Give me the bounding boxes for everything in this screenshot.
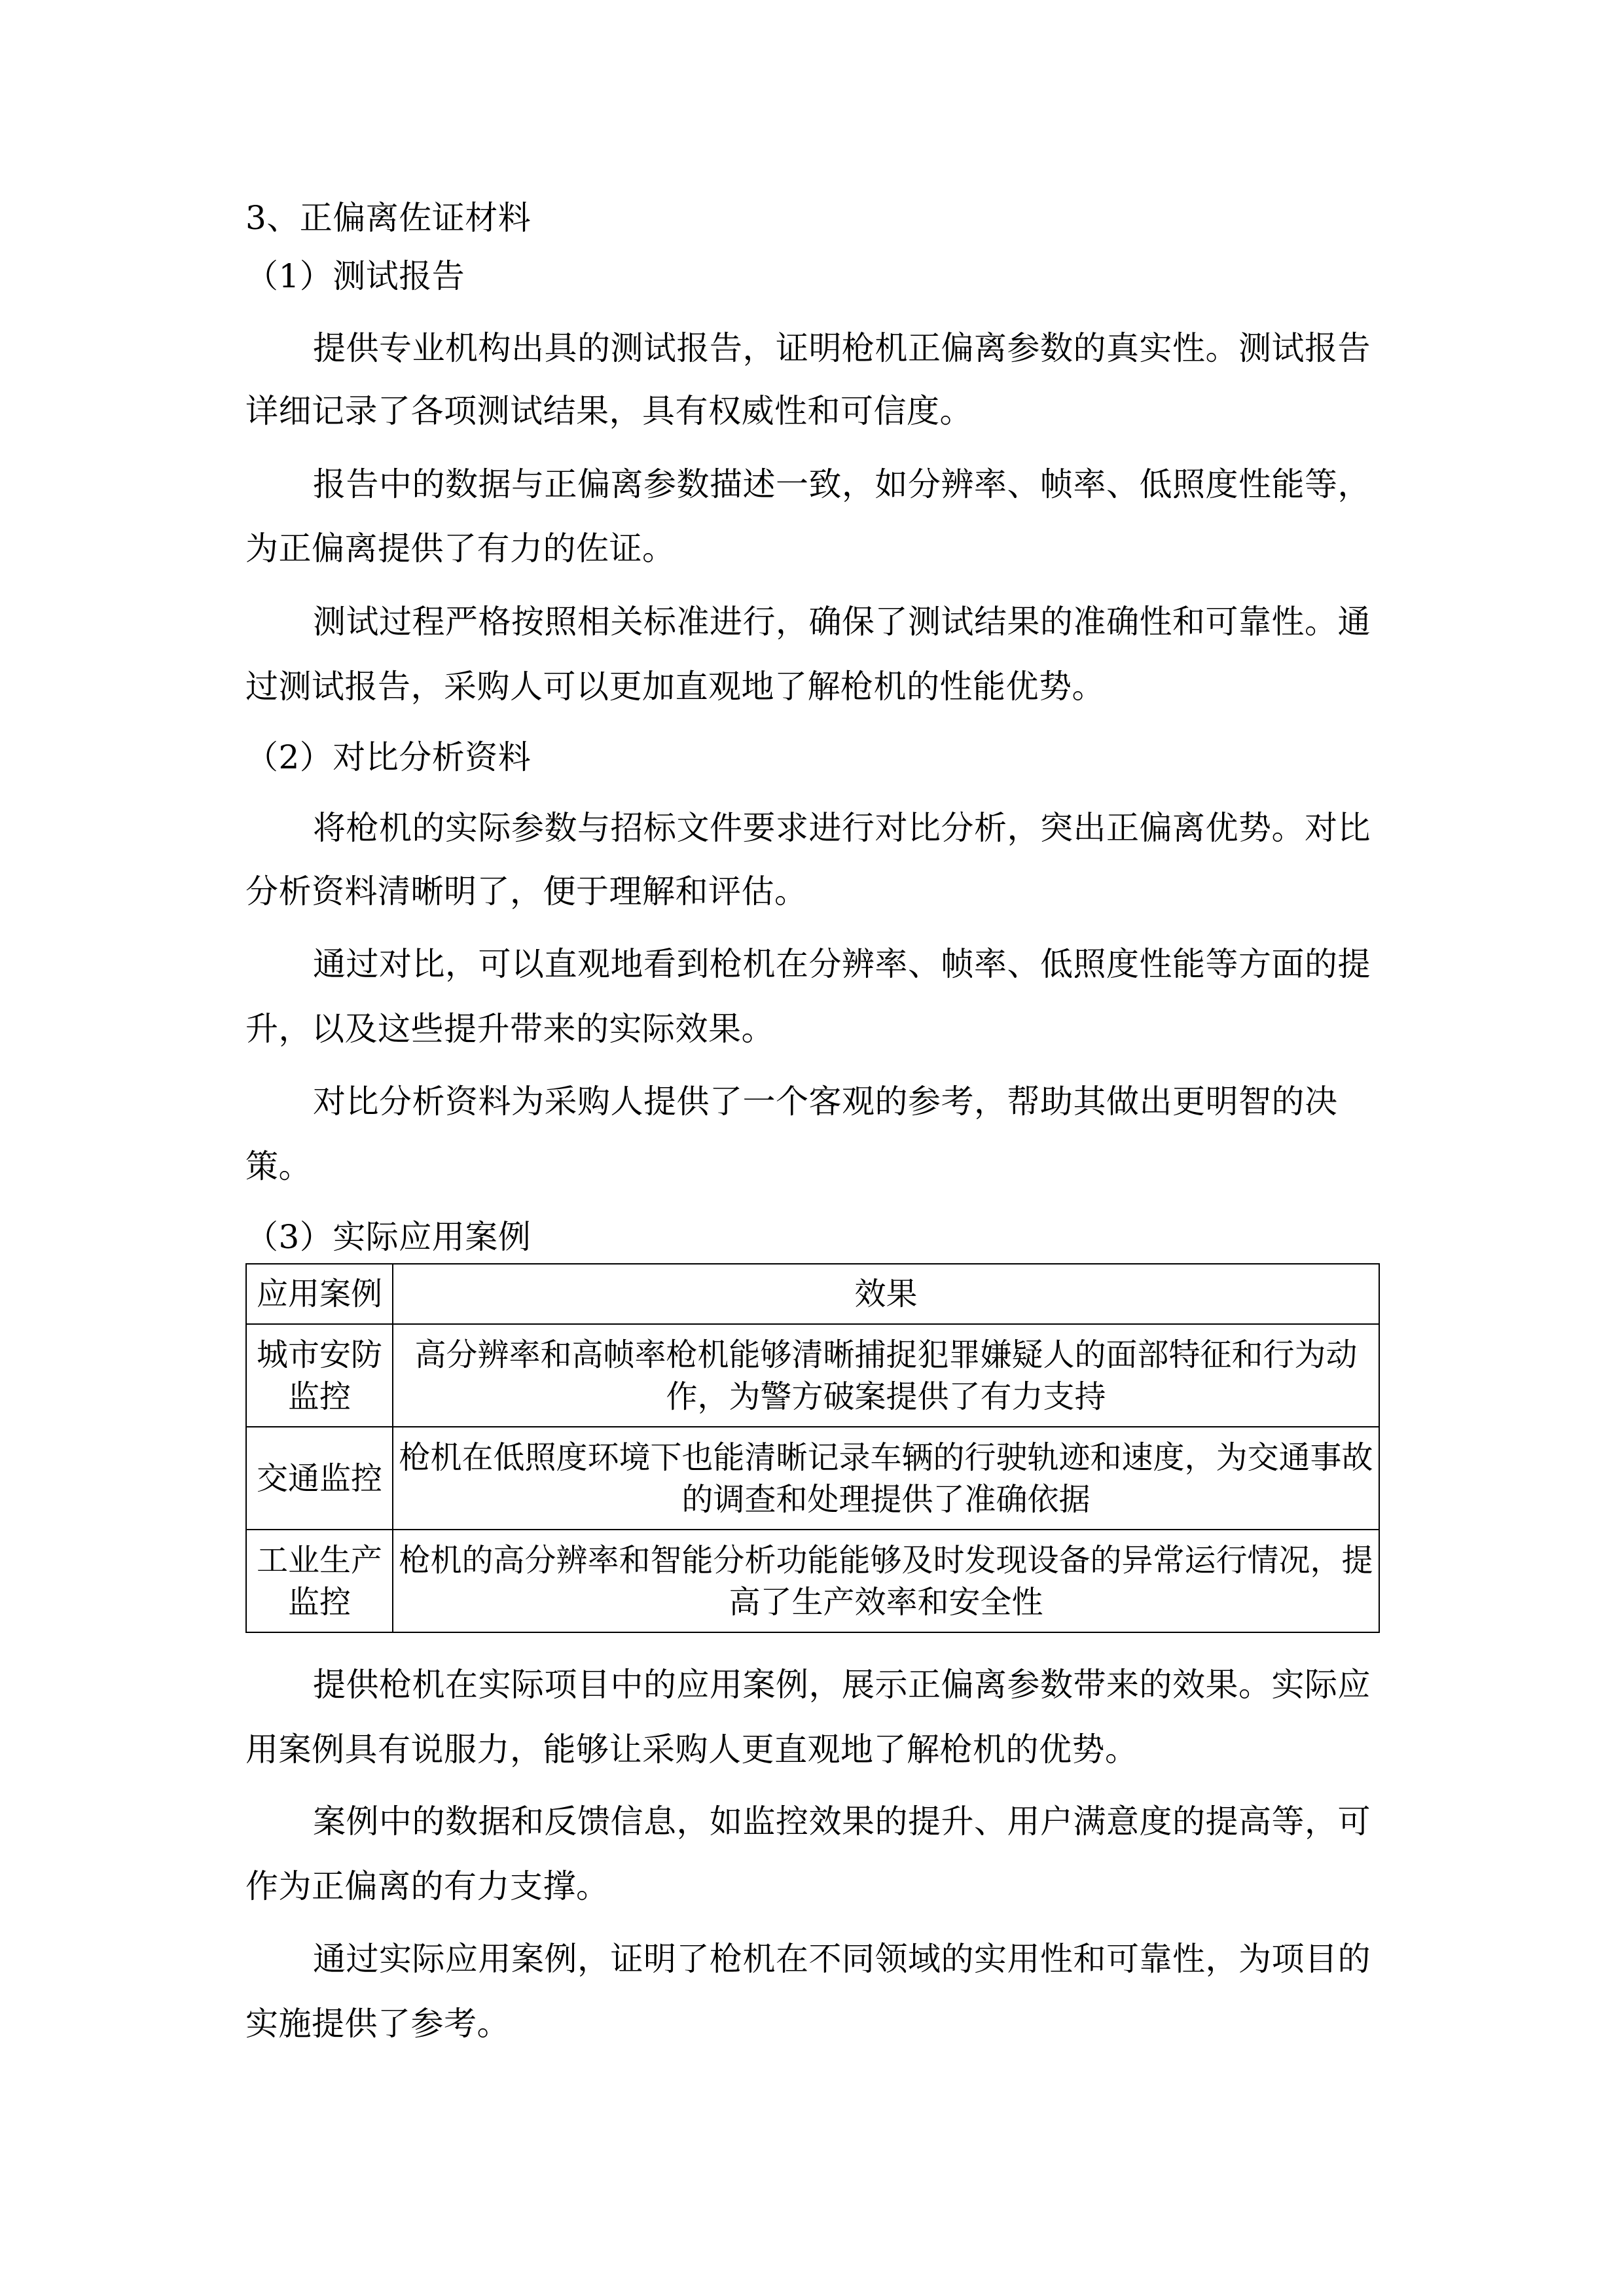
paragraph-line: 实施提供了参考。: [245, 2004, 1388, 2043]
case-effect-cell: 枪机的高分辨率和智能分析功能能够及时发现设备的异常运行情况，提高了生产效率和安全…: [393, 1530, 1379, 1632]
column-header-effect: 效果: [393, 1264, 1379, 1324]
paragraph-line: 对比分析资料为采购人提供了一个客观的参考，帮助其做出更明智的决: [245, 1082, 1388, 1121]
paragraph-line: 报告中的数据与正偏离参数描述一致，如分辨率、帧率、低照度性能等，: [245, 465, 1388, 504]
section-heading: 3、正偏离佐证材料: [245, 198, 1388, 238]
paragraph-line: 用案例具有说服力，能够让采购人更直观地了解枪机的优势。: [245, 1730, 1388, 1769]
case-effect-cell: 枪机在低照度环境下也能清晰记录车辆的行驶轨迹和速度，为交通事故的调查和处理提供了…: [393, 1427, 1379, 1530]
paragraph-line: 详细记录了各项测试结果，具有权威性和可信度。: [245, 391, 1388, 431]
paragraph-line: 作为正偏离的有力支撑。: [245, 1867, 1388, 1906]
table-row: 工业生产监控 枪机的高分辨率和智能分析功能能够及时发现设备的异常运行情况，提高了…: [246, 1530, 1379, 1632]
subsection-heading-cases: （3）实际应用案例: [245, 1217, 1388, 1257]
paragraph-line: 提供枪机在实际项目中的应用案例，展示正偏离参数带来的效果。实际应: [245, 1665, 1388, 1704]
paragraph-line: 通过实际应用案例，证明了枪机在不同领域的实用性和可靠性，为项目的: [245, 1939, 1388, 1979]
table-row: 城市安防监控 高分辨率和高帧率枪机能够清晰捕捉犯罪嫌疑人的面部特征和行为动作，为…: [246, 1324, 1379, 1427]
paragraph-line: 策。: [245, 1147, 1388, 1186]
paragraph-line: 为正偏离提供了有力的佐证。: [245, 529, 1388, 568]
paragraph-line: 提供专业机构出具的测试报告，证明枪机正偏离参数的真实性。测试报告: [245, 329, 1388, 368]
case-name-cell: 工业生产监控: [246, 1530, 393, 1632]
case-name-cell: 城市安防监控: [246, 1324, 393, 1427]
column-header-case: 应用案例: [246, 1264, 393, 1324]
paragraph-line: 测试过程严格按照相关标准进行，确保了测试结果的准确性和可靠性。通: [245, 602, 1388, 641]
paragraph-line: 过测试报告，采购人可以更加直观地了解枪机的性能优势。: [245, 667, 1388, 706]
paragraph-line: 将枪机的实际参数与招标文件要求进行对比分析，突出正偏离优势。对比: [245, 808, 1388, 848]
case-name-cell: 交通监控: [246, 1427, 393, 1530]
paragraph-line: 案例中的数据和反馈信息，如监控效果的提升、用户满意度的提高等，可: [245, 1802, 1388, 1841]
case-effect-cell: 高分辨率和高帧率枪机能够清晰捕捉犯罪嫌疑人的面部特征和行为动作，为警方破案提供了…: [393, 1324, 1379, 1427]
table-header-row: 应用案例 效果: [246, 1264, 1379, 1324]
paragraph-line: 升，以及这些提升带来的实际效果。: [245, 1009, 1388, 1049]
paragraph-line: 通过对比，可以直观地看到枪机在分辨率、帧率、低照度性能等方面的提: [245, 944, 1388, 984]
subsection-heading-test-report: （1）测试报告: [245, 257, 1388, 296]
application-cases-table: 应用案例 效果 城市安防监控 高分辨率和高帧率枪机能够清晰捕捉犯罪嫌疑人的面部特…: [245, 1263, 1380, 1633]
table-row: 交通监控 枪机在低照度环境下也能清晰记录车辆的行驶轨迹和速度，为交通事故的调查和…: [246, 1427, 1379, 1530]
subsection-heading-comparison: （2）对比分析资料: [245, 738, 1388, 777]
paragraph-line: 分析资料清晰明了，便于理解和评估。: [245, 872, 1388, 911]
